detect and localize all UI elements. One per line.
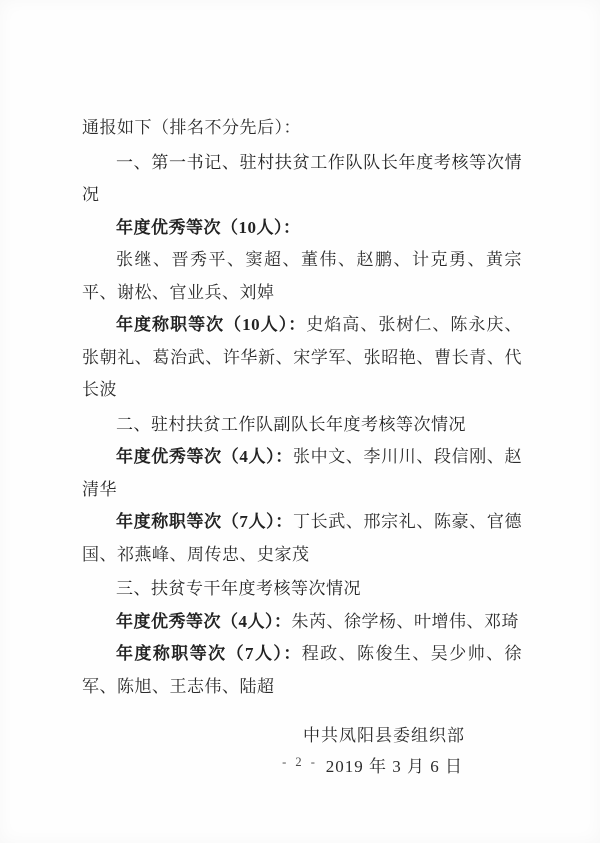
section-2-excellent-paragraph: 年度优秀等次（4人）：张中文、李川川、段信刚、赵清华 bbox=[82, 441, 522, 506]
section-1-excellent-label-line: 年度优秀等次（10人）： bbox=[82, 212, 522, 245]
signature-block: 中共凤阳县委组织部 2019 年 3 月 6 日 bbox=[82, 720, 522, 782]
section-3-competent-paragraph: 年度称职等次（7人）：程政、陈俊生、吴少帅、徐军、陈旭、王志伟、陆超 bbox=[82, 638, 522, 703]
intro-paragraph: 通报如下（排名不分先后）： bbox=[82, 112, 522, 145]
section-3-competent-label: 年度称职等次（7人）： bbox=[116, 644, 302, 663]
section-2-excellent-label: 年度优秀等次（4人）： bbox=[116, 447, 293, 466]
section-2-competent-paragraph: 年度称职等次（7人）：丁长武、邢宗礼、陈豪、官德国、祁燕峰、周传忠、史家茂 bbox=[82, 506, 522, 571]
section-1-excellent-names: 张继、晋秀平、窦超、董伟、赵鹏、计克勇、黄宗平、谢松、官业兵、刘婥 bbox=[82, 244, 522, 309]
section-2-heading: 二、驻村扶贫工作队副队长年度考核等次情况 bbox=[82, 409, 522, 442]
signature-organization: 中共凤阳县委组织部 bbox=[82, 720, 465, 751]
section-3-excellent-label: 年度优秀等次（4人）： bbox=[116, 612, 292, 631]
section-3-heading: 三、扶贫专干年度考核等次情况 bbox=[82, 573, 522, 606]
section-2-competent-label: 年度称职等次（7人）： bbox=[116, 512, 293, 531]
section-1-competent-label: 年度称职等次（10人）： bbox=[116, 315, 306, 334]
page-number: - 2 - bbox=[0, 755, 600, 770]
section-3-excellent-paragraph: 年度优秀等次（4人）：朱芮、徐学杨、叶增伟、邓琦 bbox=[82, 606, 522, 639]
section-1-heading: 一、第一书记、驻村扶贫工作队队长年度考核等次情况 bbox=[82, 147, 522, 212]
section-1-competent-paragraph: 年度称职等次（10人）：史焰高、张树仁、陈永庆、张朝礼、葛治武、许华新、宋学军、… bbox=[82, 309, 522, 407]
document-body: 通报如下（排名不分先后）： 一、第一书记、驻村扶贫工作队队长年度考核等次情况 年… bbox=[0, 0, 600, 782]
section-1-excellent-label: 年度优秀等次（10人）： bbox=[116, 218, 301, 237]
scanned-document-page: 通报如下（排名不分先后）： 一、第一书记、驻村扶贫工作队队长年度考核等次情况 年… bbox=[0, 0, 600, 843]
section-3-excellent-names: 朱芮、徐学杨、叶增伟、邓琦 bbox=[292, 612, 520, 631]
